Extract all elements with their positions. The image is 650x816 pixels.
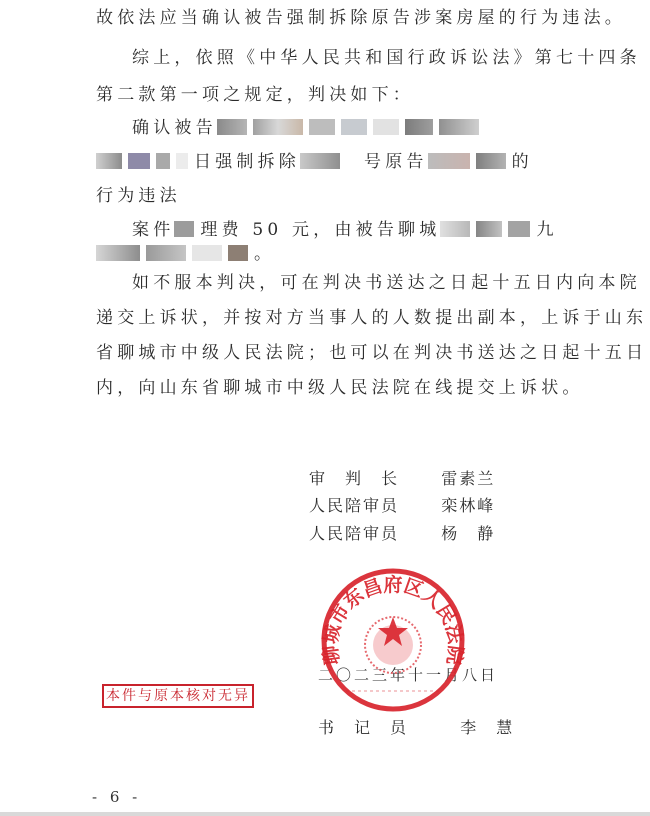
document-page: 故依法应当确认被告强制拆除原告涉案房屋的行为违法。 综上，依照《中华人民共和国行… bbox=[0, 0, 650, 812]
signature-juror-1: 人民陪审员 栾林峰 bbox=[309, 496, 495, 516]
signature-clerk: 书 记 员 李 慧 bbox=[318, 718, 514, 738]
signature-role: 人民陪审员 bbox=[309, 496, 399, 515]
signature-role: 书 记 员 bbox=[318, 718, 408, 737]
appeal-notice-line4: 内，向山东省聊城市中级人民法院在线提交上诉状。 bbox=[96, 378, 584, 398]
redacted-block bbox=[440, 221, 470, 237]
redacted-block bbox=[373, 119, 399, 135]
signature-role: 审 判 长 bbox=[309, 469, 399, 488]
redacted-block bbox=[176, 153, 188, 169]
judgment-line3: 行为违法 bbox=[96, 186, 181, 206]
page-bottom-edge bbox=[0, 812, 650, 816]
redacted-block bbox=[146, 245, 186, 261]
judgment-text: 确认被告 bbox=[132, 118, 217, 138]
redacted-block bbox=[508, 221, 530, 237]
redacted-block bbox=[192, 245, 222, 261]
judgment-line2: 日强制拆除号原告的 bbox=[96, 152, 533, 172]
appeal-notice-line3: 省聊城市中级人民法院；也可以在判决书送达之日起十五日 bbox=[96, 343, 647, 363]
fee-text: 理费 50 元，由被告聊城 bbox=[200, 220, 440, 240]
redacted-block bbox=[309, 119, 335, 135]
redacted-block bbox=[476, 221, 502, 237]
signature-name: 栾林峰 bbox=[441, 496, 495, 515]
court-fee-line1: 案件理费 50 元，由被告聊城九 bbox=[132, 220, 558, 240]
signature-name: 李 慧 bbox=[460, 718, 514, 737]
redacted-block bbox=[405, 119, 433, 135]
paragraph-legal-basis-line2: 第二款第一项之规定，判决如下： bbox=[96, 85, 414, 105]
signature-chief-judge: 审 判 长 雷素兰 bbox=[309, 469, 495, 489]
redacted-block bbox=[156, 153, 170, 169]
court-fee-line2: 。 bbox=[96, 244, 275, 264]
fee-text: 。 bbox=[254, 244, 275, 264]
redacted-block bbox=[217, 119, 247, 135]
signature-juror-2: 人民陪审员 杨 静 bbox=[309, 524, 495, 544]
page-number: - 6 - bbox=[92, 788, 141, 806]
fee-text: 案件 bbox=[132, 220, 174, 240]
paragraph-conclusion: 故依法应当确认被告强制拆除原告涉案房屋的行为违法。 bbox=[96, 8, 626, 28]
copy-verification-stamp: 本件与原本核对无异 bbox=[102, 684, 254, 708]
judgment-text: 号原告 bbox=[364, 152, 428, 172]
redacted-block bbox=[228, 245, 248, 261]
redacted-block bbox=[174, 221, 194, 237]
redacted-block bbox=[341, 119, 367, 135]
judgment-line1: 确认被告 bbox=[132, 118, 485, 138]
court-seal-icon: 聊城市东昌府区人民法院 bbox=[318, 565, 468, 715]
redacted-block bbox=[476, 153, 506, 169]
appeal-notice-line2: 递交上诉状，并按对方当事人的人数提出副本，上诉于山东 bbox=[96, 308, 647, 328]
redacted-block bbox=[300, 153, 340, 169]
paragraph-legal-basis-line1: 综上，依照《中华人民共和国行政诉讼法》第七十四条 bbox=[132, 48, 641, 68]
redacted-block bbox=[428, 153, 470, 169]
signature-name: 杨 静 bbox=[441, 524, 495, 543]
signature-role: 人民陪审员 bbox=[309, 524, 399, 543]
fee-text: 九 bbox=[536, 220, 557, 240]
signature-name: 雷素兰 bbox=[441, 469, 495, 488]
redacted-block bbox=[439, 119, 479, 135]
redacted-block bbox=[253, 119, 303, 135]
redacted-block bbox=[128, 153, 150, 169]
judgment-text: 的 bbox=[512, 152, 533, 172]
redacted-block bbox=[96, 153, 122, 169]
judgment-text: 日强制拆除 bbox=[194, 152, 300, 172]
appeal-notice-line1: 如不服本判决，可在判决书送达之日起十五日内向本院 bbox=[132, 273, 641, 293]
redacted-block bbox=[96, 245, 140, 261]
